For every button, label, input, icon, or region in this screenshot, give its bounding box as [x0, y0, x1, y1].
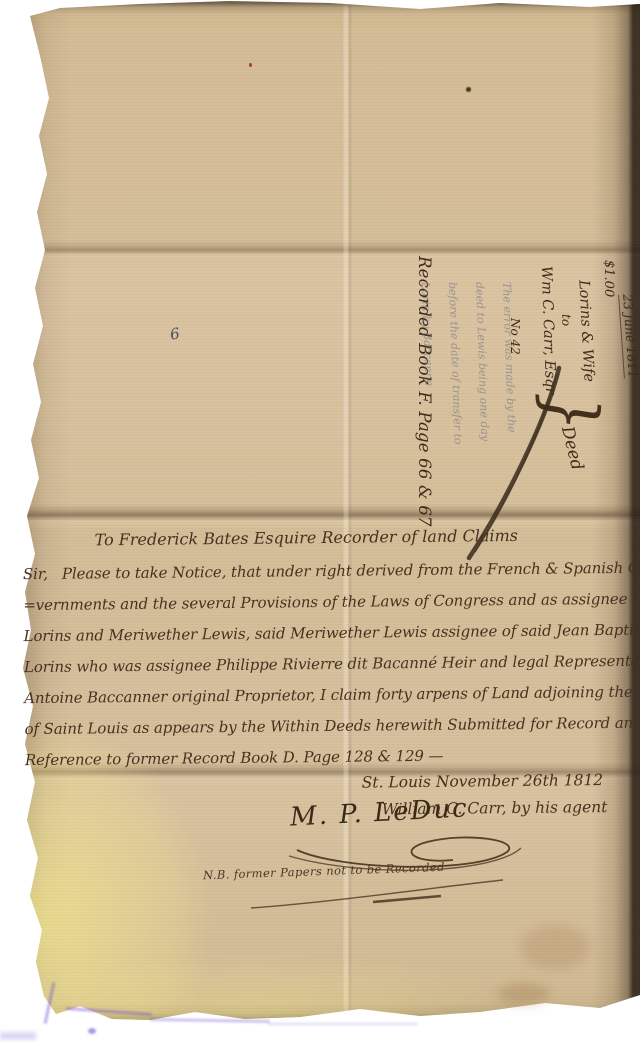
purple-fringe [268, 1023, 418, 1025]
letter-line: of Saint Louis as appears by the Within … [24, 708, 622, 745]
docket-to-word: to [559, 314, 573, 326]
scanned-document-page: 23 June 1811 $1.00 Lorins & Wife to Wm C… [0, 0, 640, 1042]
letter-body: To Frederick Bates Esquire Recorder of l… [22, 525, 623, 822]
stain-blotch [498, 983, 550, 1005]
stain-blotch [520, 925, 590, 970]
ink-spot-red [249, 63, 252, 67]
purple-fringe [88, 1028, 96, 1034]
purple-fringe [0, 1032, 36, 1040]
ink-spot-dark [466, 87, 471, 92]
postscript-flourish [245, 874, 510, 914]
docket-fee: $1.00 [601, 260, 616, 297]
pencil-note: The error was made by the deed to Lewis … [402, 282, 520, 500]
letter-line: Reference to former Record Book D. Page … [25, 739, 623, 776]
docket-filing-date: 23 June 1811 [618, 294, 640, 379]
docket-party-from: Lorins & Wife [575, 280, 596, 383]
